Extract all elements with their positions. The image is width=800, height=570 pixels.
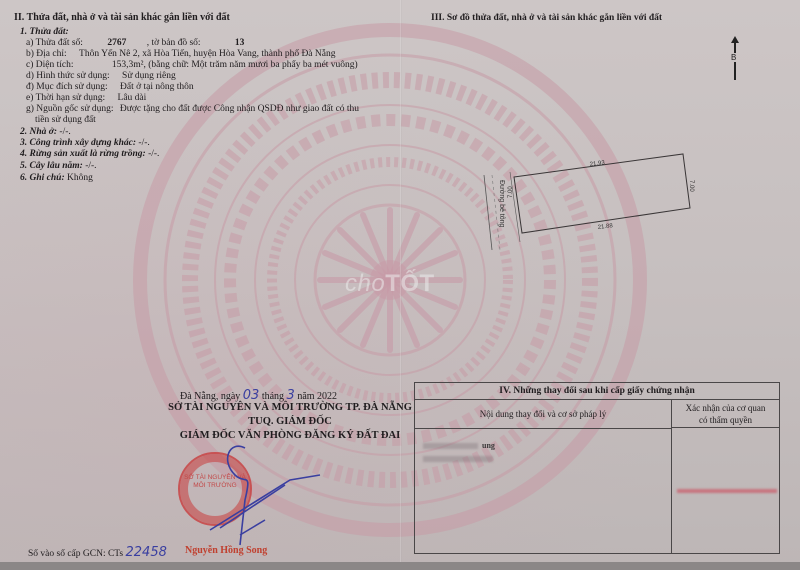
map-sheet-number: 13 <box>235 38 245 48</box>
registry-row: Số vào sổ cấp GCN: CTs 22458 <box>28 545 167 560</box>
column-header-changes: Nội dung thay đổi và cơ sở pháp lý <box>415 400 671 429</box>
confirmation-header-line1: Xác nhận của cơ quan <box>672 402 779 414</box>
redacted-text <box>423 456 493 462</box>
notes-value: Không <box>67 173 93 183</box>
parcel-number-label: a) Thửa đất số: <box>26 38 83 48</box>
other-construction-row: 3. Công trình xây dựng khác: -/-. <box>20 138 150 148</box>
issuing-org: SỞ TÀI NGUYÊN VÀ MÔI TRƯỜNG TP. ĐÀ NẴNG <box>140 402 440 413</box>
registry-number: 22458 <box>126 545 167 560</box>
section-iii-title: III. Sơ đồ thửa đất, nhà ở và tài sản kh… <box>431 13 662 23</box>
parcel-diagram: 21.93 21.88 7.00 7.00 Đường bê tông <box>470 150 720 260</box>
chotot-watermark: choTỐT <box>345 270 435 298</box>
house-label: 2. Nhà ở: <box>20 127 57 137</box>
term-value: Lâu dài <box>118 93 147 103</box>
parcel-number: 2767 <box>107 38 126 48</box>
north-label: B <box>731 53 736 62</box>
purpose-row: đ) Mục đích sử dụng: Đất ở tại nông thôn <box>26 82 194 92</box>
redacted-text <box>423 443 478 449</box>
column-header-confirmation: Xác nhận của cơ quan có thẩm quyền <box>672 400 779 428</box>
area-value: 153,3m², (bằng chữ: Một trăm năm mươi ba… <box>112 60 358 70</box>
parcel-number-row: a) Thửa đất số: 2767 , tờ bản đồ số: 13 <box>26 38 244 48</box>
changes-cell: ung <box>423 441 497 463</box>
signer-name: Nguyễn Hồng Song <box>185 545 267 556</box>
perennial-trees-value: -/-. <box>85 161 96 171</box>
house-value: -/-. <box>59 127 70 137</box>
perennial-trees-row: 5. Cây lâu năm: -/-. <box>20 161 97 171</box>
issue-date: Đà Nẵng, ngày 03 tháng 3 năm 2022 <box>180 388 337 403</box>
use-form-label: d) Hình thức sử dụng: <box>26 71 110 81</box>
use-form-value: Sử dụng riêng <box>122 71 176 81</box>
watermark-text-light: cho <box>345 270 385 297</box>
watermark-text-bold: TỐT <box>385 270 435 297</box>
other-construction-value: -/-. <box>138 138 149 148</box>
origin-label: g) Nguồn gốc sử dụng: <box>26 104 113 114</box>
registry-label: Số vào sổ cấp GCN: CTs <box>28 549 123 559</box>
origin-value-cont: tiền sử dụng đất <box>35 115 96 125</box>
land-heading: 1. Thửa đất: <box>20 27 69 37</box>
road-label: Đường bê tông <box>498 180 505 228</box>
bottom-edge-length: 21.88 <box>598 223 614 231</box>
forest-row: 4. Rừng sản xuất là rừng trồng: -/-. <box>20 149 159 159</box>
origin-value: Được tặng cho đất được Công nhận QSDĐ nh… <box>120 104 359 114</box>
issue-year: năm 2022 <box>297 391 337 402</box>
area-row: c) Diện tích: 153,3m², (bằng chữ: Một tr… <box>26 60 358 70</box>
house-row: 2. Nhà ở: -/-. <box>20 127 71 137</box>
notes-label: 6. Ghi chú: <box>20 173 65 183</box>
confirmation-header-line2: có thẩm quyền <box>672 414 779 426</box>
issue-day: 03 <box>243 388 260 403</box>
issue-month: 3 <box>287 388 295 403</box>
purpose-label: đ) Mục đích sử dụng: <box>26 82 108 92</box>
left-edge-length: 7.00 <box>508 186 514 198</box>
perennial-trees-label: 5. Cây lâu năm: <box>20 161 83 171</box>
column-divider <box>671 400 672 553</box>
top-edge-length: 21.93 <box>590 160 606 168</box>
map-sheet-label: , tờ bản đồ số: <box>147 38 201 48</box>
right-edge-length: 7.00 <box>688 180 694 192</box>
changes-table-title: IV. Những thay đổi sau khi cấp giấy chứn… <box>415 383 779 400</box>
confirmation-cell <box>677 471 777 501</box>
origin-row: g) Nguồn gốc sử dụng: Được tặng cho đất … <box>26 104 359 114</box>
date-prefix: Đà Nẵng, ngày <box>180 391 240 402</box>
forest-label: 4. Rừng sản xuất là rừng trồng: <box>20 149 146 159</box>
area-label: c) Diện tích: <box>26 60 73 70</box>
signature-mark <box>190 440 340 555</box>
month-label: tháng <box>262 391 284 402</box>
other-construction-label: 3. Công trình xây dựng khác: <box>20 138 136 148</box>
bottom-edge <box>0 562 800 570</box>
authorization-title: TUQ. GIÁM ĐỐC <box>140 416 440 427</box>
term-label: e) Thời hạn sử dụng: <box>26 93 105 103</box>
changes-text-fragment: ung <box>482 441 495 450</box>
section-ii-title: II. Thửa đất, nhà ở và tài sản khác gắn … <box>14 12 230 23</box>
changes-table: IV. Những thay đổi sau khi cấp giấy chứn… <box>414 382 780 554</box>
north-arrow: B <box>731 36 739 81</box>
certificate-page: II. Thửa đất, nhà ở và tài sản khác gắn … <box>0 0 800 570</box>
purpose-value: Đất ở tại nông thôn <box>120 82 194 92</box>
term-row: e) Thời hạn sử dụng: Lâu dài <box>26 93 146 103</box>
address-label: b) Địa chỉ: <box>26 49 67 59</box>
forest-value: -/-. <box>148 149 159 159</box>
notes-row: 6. Ghi chú: Không <box>20 173 93 183</box>
address-value: Thôn Yến Nê 2, xã Hòa Tiến, huyện Hòa Va… <box>79 49 335 59</box>
use-form-row: d) Hình thức sử dụng: Sử dụng riêng <box>26 71 176 81</box>
address-row: b) Địa chỉ: Thôn Yến Nê 2, xã Hòa Tiến, … <box>26 49 335 59</box>
red-stamp-smudge <box>677 489 777 493</box>
